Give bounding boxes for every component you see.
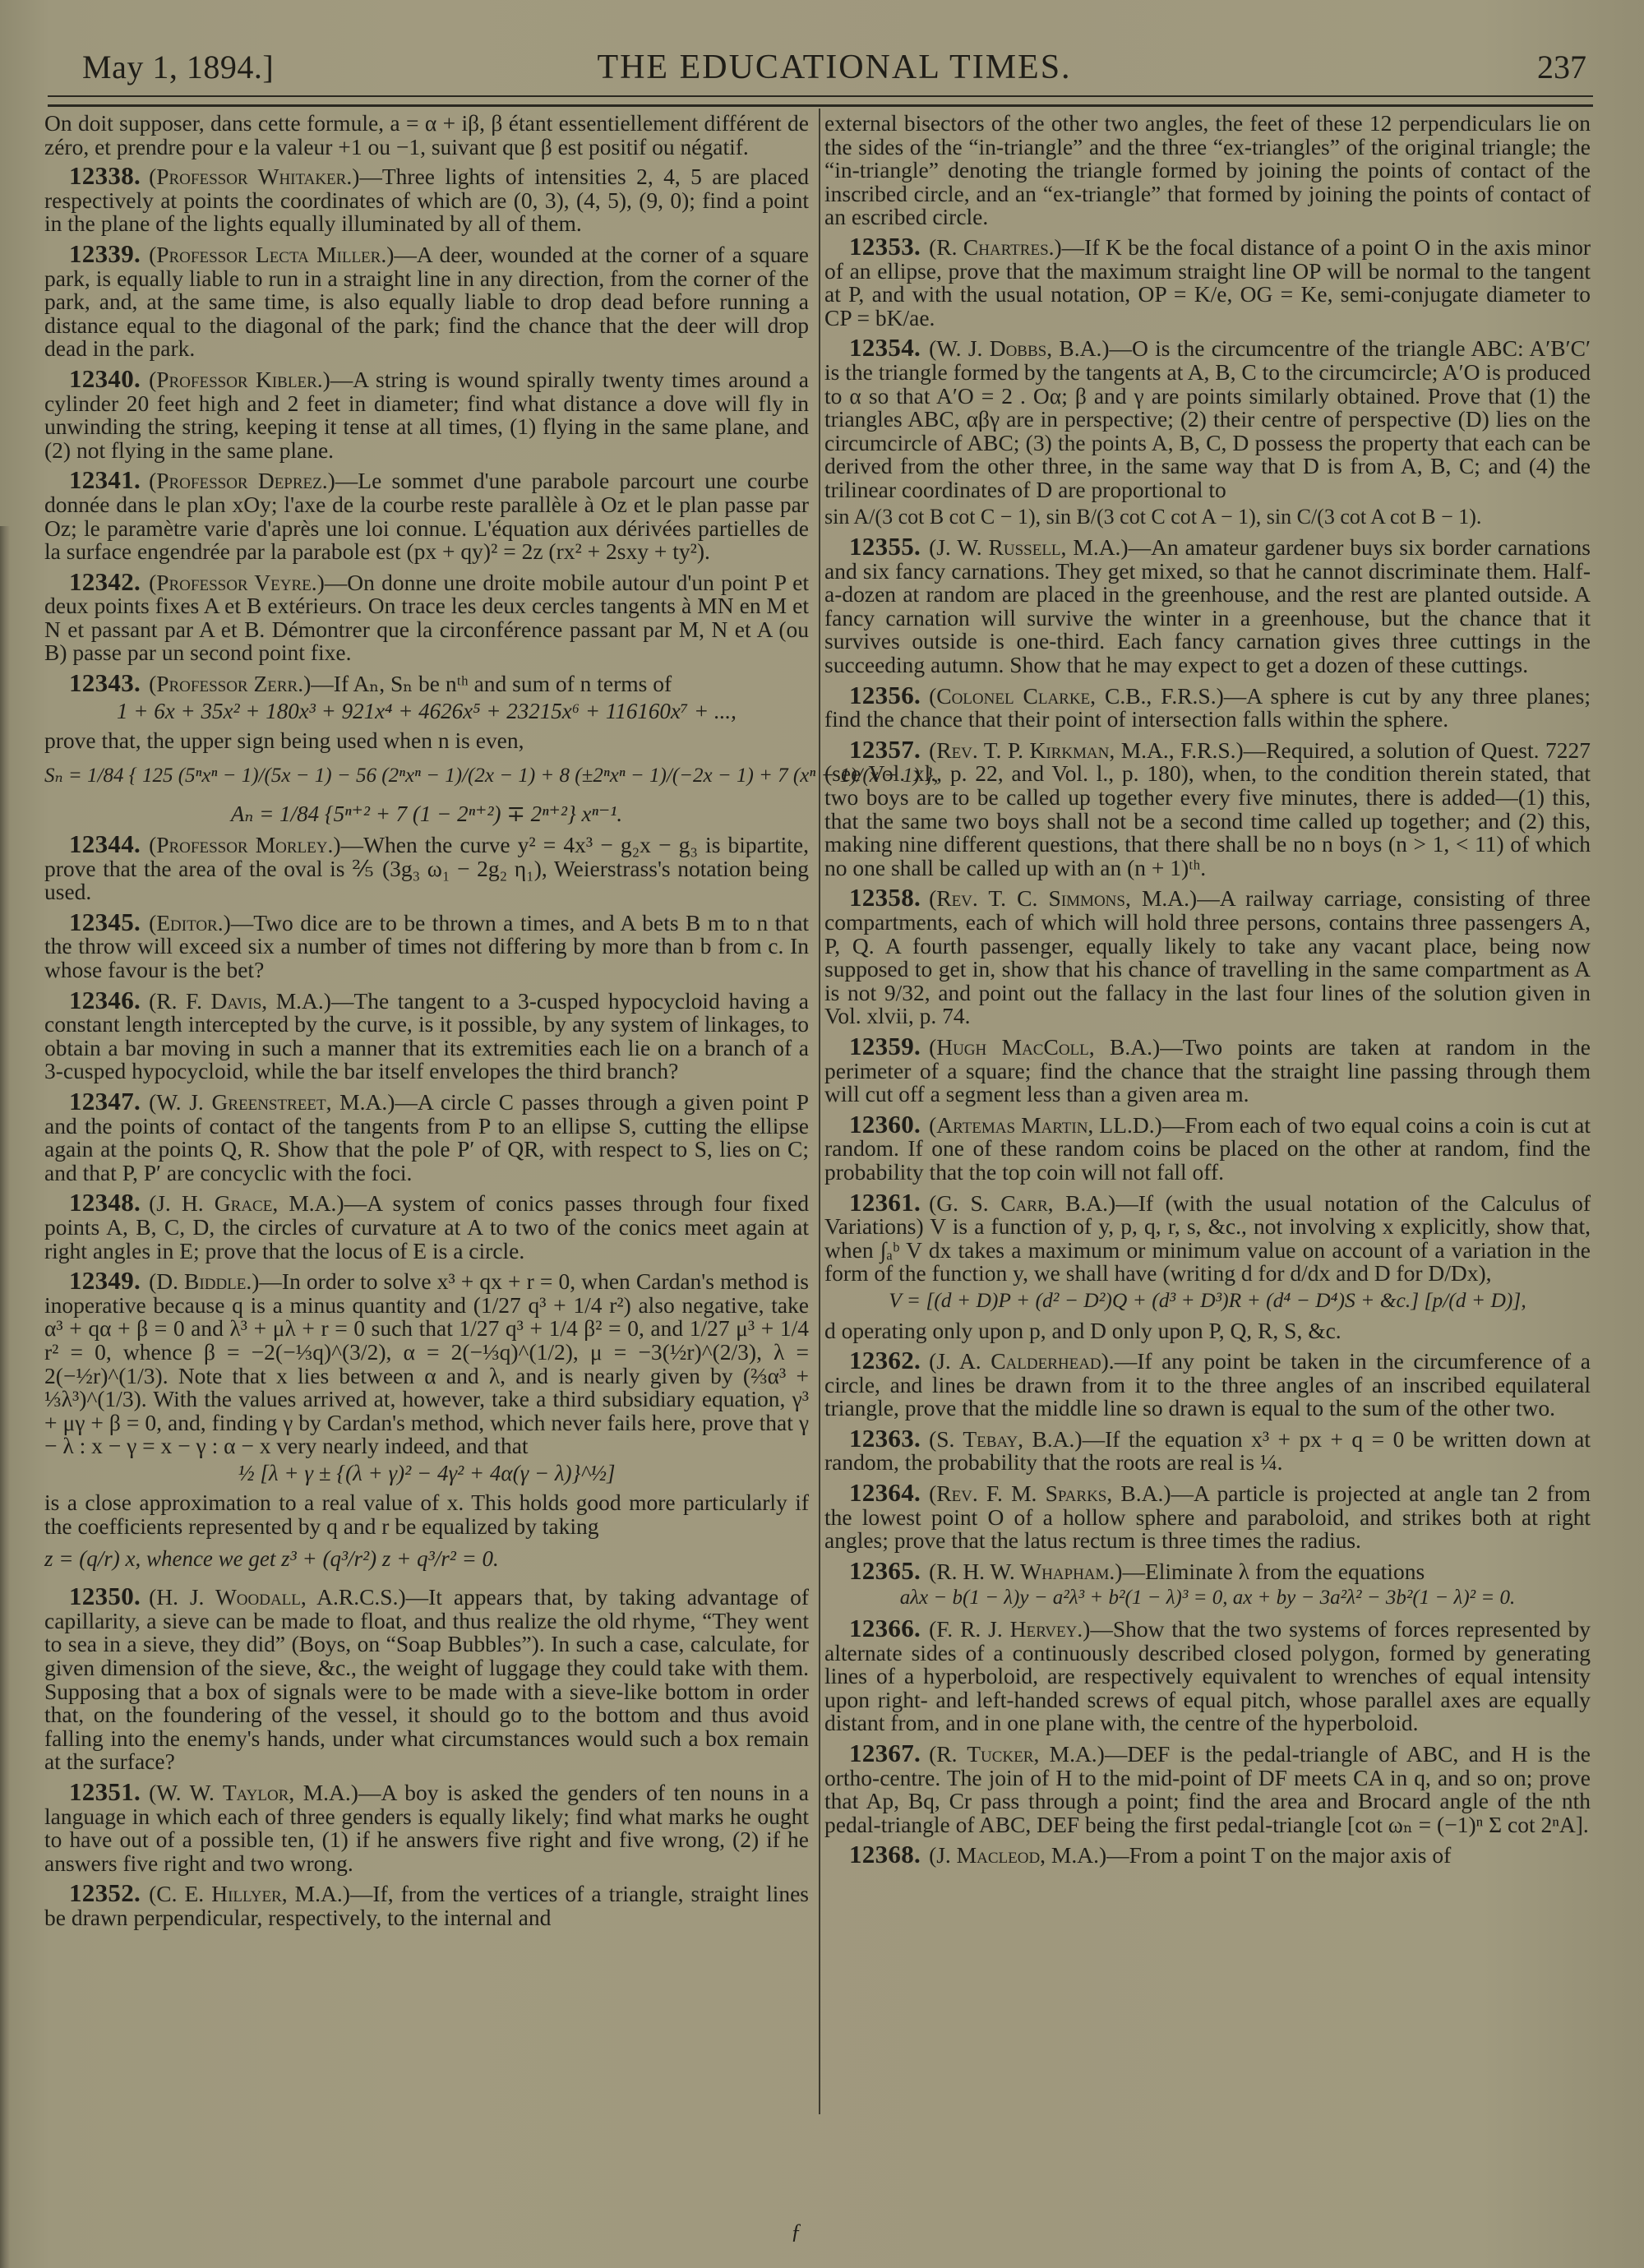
- problem-number: 12339.: [69, 239, 141, 268]
- problem-number: 12356.: [849, 681, 921, 709]
- problem-number: 12368.: [849, 1840, 921, 1868]
- elimination-equations: aλx − b(1 − λ)y − a²λ³ + b²(1 − λ)³ = 0,…: [824, 1587, 1591, 1610]
- left-column: On doit supposer, dans cette formule, a …: [44, 112, 809, 1937]
- problem-number: 12359.: [849, 1032, 921, 1060]
- problem-12361: 12361.(G. S. Carr, B.A.)—If (with the us…: [824, 1191, 1591, 1286]
- problem-author: (Rev. T. C. Simmons, M.A.): [929, 885, 1197, 911]
- trilinear-formula: sin A/(3 cot B cot C − 1), sin B/(3 cot …: [824, 506, 1591, 529]
- problem-author: (Colonel Clarke, C.B., F.R.S.): [929, 683, 1224, 709]
- book-spine-shadow: [0, 526, 10, 2268]
- problem-author: (S. Tebay, B.A.): [929, 1426, 1083, 1452]
- problem-number: 12351.: [69, 1777, 141, 1806]
- problem-12364: 12364.(Rev. F. M. Sparks, B.A.)—A partic…: [824, 1481, 1591, 1553]
- problem-number: 12338.: [69, 161, 141, 190]
- variation-formula: V = [(d + D)P + (d² − D²)Q + (d³ + D³)R …: [824, 1289, 1591, 1313]
- problem-author: (J. Macleod, M.A.): [929, 1842, 1106, 1868]
- continuation-paragraph: external bisectors of the other two angl…: [824, 112, 1591, 229]
- problem-number: 12344.: [69, 829, 141, 858]
- problem-number: 12349.: [69, 1266, 141, 1295]
- problem-number: 12353.: [849, 232, 921, 261]
- problem-12365: 12365.(R. H. W. Whapham.)—Eliminate λ fr…: [824, 1559, 1591, 1584]
- problem-number: 12358.: [849, 883, 921, 912]
- problem-12340: 12340.(Professor Kibler.)—A string is wo…: [44, 367, 809, 462]
- problem-number: 12364.: [849, 1478, 921, 1507]
- problem-author: (J. W. Russell, M.A.): [929, 534, 1129, 560]
- problem-12359: 12359.(Hugh MacColl, B.A.)—Two points ar…: [824, 1035, 1591, 1106]
- problem-author: (Rev. F. M. Sparks, B.A.): [929, 1480, 1171, 1506]
- problem-number: 12342.: [69, 567, 141, 596]
- problem-text: —In order to solve x³ + qx + r = 0, when…: [44, 1268, 809, 1458]
- problem-number: 12362.: [849, 1346, 921, 1374]
- problem-author: (W. J. Greenstreet, M.A.): [149, 1089, 395, 1115]
- problem-number: 12347.: [69, 1087, 141, 1116]
- problem-number: 12343.: [69, 668, 141, 697]
- column-divider: [819, 109, 820, 2114]
- problem-author: (Professor Zerr.): [149, 671, 311, 696]
- problem-author: (Professor Lecta Miller.): [149, 242, 394, 267]
- problem-number: 12354.: [849, 333, 921, 362]
- problem-author: (Professor Whitaker.): [149, 164, 359, 189]
- problem-author: (D. Biddle.): [149, 1268, 259, 1294]
- problem-author: (R. Tucker, M.A.): [929, 1741, 1105, 1767]
- problem-text: —If Aₙ, Sₙ be nᵗʰ and sum of n terms of: [311, 671, 672, 696]
- problem-author: (G. S. Carr, B.A.): [929, 1190, 1115, 1216]
- header-rule-thin: [48, 95, 1593, 97]
- problem-author: (Professor Morley.): [149, 832, 340, 857]
- right-column: external bisectors of the other two angl…: [824, 112, 1591, 1874]
- problem-12368: 12368.(J. Macleod, M.A.)—From a point T …: [824, 1843, 1591, 1868]
- problem-12360: 12360.(Artemas Martin, LL.D.)—From each …: [824, 1113, 1591, 1185]
- problem-12345: 12345.(Editor.)—Two dice are to be throw…: [44, 911, 809, 982]
- problem-12352: 12352.(C. E. Hillyer, M.A.)—If, from the…: [44, 1882, 809, 1929]
- page-header: May 1, 1894.] THE EDUCATIONAL TIMES. 237: [82, 48, 1586, 97]
- problem-author: (F. R. J. Hervey.): [929, 1616, 1090, 1642]
- problem-author: (R. F. Davis, M.A.): [149, 988, 331, 1014]
- problem-author: (Rev. T. P. Kirkman, M.A., F.R.S.): [929, 737, 1244, 763]
- problem-author: (Professor Deprez.): [149, 468, 335, 493]
- problem-number: 12367.: [849, 1739, 921, 1767]
- header-rule-thick: [48, 104, 1593, 107]
- problem-12358: 12358.(Rev. T. C. Simmons, M.A.)—A railw…: [824, 886, 1591, 1028]
- problem-12348: 12348.(J. H. Grace, M.A.)—A system of co…: [44, 1191, 809, 1263]
- nth-term-formula: Aₙ = 1/84 {5ⁿ⁺² + 7 (1 − 2ⁿ⁺²) ∓ 2ⁿ⁺²} x…: [44, 802, 809, 826]
- problem-12363: 12363.(S. Tebay, B.A.)—If the equation x…: [824, 1427, 1591, 1475]
- problem-number: 12357.: [849, 735, 921, 764]
- problem-12354: 12354.(W. J. Dobbs, B.A.)—O is the circu…: [824, 336, 1591, 501]
- problem-number: 12365.: [849, 1556, 921, 1585]
- problem-12346: 12346.(R. F. Davis, M.A.)—The tangent to…: [44, 989, 809, 1083]
- problem-text: —From a point T on the major axis of: [1106, 1842, 1451, 1868]
- problem-12357: 12357.(Rev. T. P. Kirkman, M.A., F.R.S.)…: [824, 738, 1591, 880]
- problem-number: 12348.: [69, 1188, 141, 1217]
- problem-text-continued: is a close approximation to a real value…: [44, 1491, 809, 1538]
- problem-author: (H. J. Woodall, A.R.C.S.): [149, 1584, 406, 1610]
- problem-text: —Eliminate λ from the equations: [1122, 1559, 1425, 1584]
- problem-author: (R. H. W. Whapham.): [929, 1559, 1122, 1584]
- problem-text-continued: prove that, the upper sign being used wh…: [44, 729, 809, 753]
- problem-12341: 12341.(Professor Deprez.)—Le sommet d'un…: [44, 469, 809, 563]
- problem-12366: 12366.(F. R. J. Hervey.)—Show that the t…: [824, 1617, 1591, 1735]
- problem-12356: 12356.(Colonel Clarke, C.B., F.R.S.)—A s…: [824, 684, 1591, 732]
- problem-author: (Professor Veyre.): [149, 570, 325, 595]
- problem-number: 12355.: [849, 532, 921, 561]
- problem-12362: 12362.(J. A. Calderhead).—If any point b…: [824, 1349, 1591, 1420]
- problem-12338: 12338.(Professor Whitaker.)—Three lights…: [44, 164, 809, 236]
- problem-number: 12360.: [849, 1110, 921, 1139]
- problem-number: 12341.: [69, 465, 141, 494]
- problem-12353: 12353.(R. Chartres.)—If K be the focal d…: [824, 235, 1591, 330]
- problem-12349: 12349.(D. Biddle.)—In order to solve x³ …: [44, 1269, 809, 1458]
- problem-author: (W. W. Taylor, M.A.): [149, 1780, 358, 1805]
- problem-author: (C. E. Hillyer, M.A.): [149, 1881, 350, 1906]
- problem-12350: 12350.(H. J. Woodall, A.R.C.S.)—It appea…: [44, 1585, 809, 1774]
- intro-paragraph: On doit supposer, dans cette formule, a …: [44, 112, 809, 159]
- journal-title: THE EDUCATIONAL TIMES.: [82, 48, 1586, 87]
- problem-author: (W. J. Dobbs, B.A.): [929, 335, 1109, 361]
- problem-author: (Artemas Martin, LL.D.): [929, 1112, 1162, 1138]
- problem-text: —It appears that, by taking advantage of…: [44, 1584, 809, 1774]
- problem-12367: 12367.(R. Tucker, M.A.)—DEF is the pedal…: [824, 1742, 1591, 1836]
- page-number: 237: [1537, 48, 1586, 86]
- problem-12342: 12342.(Professor Veyre.)—On donne une dr…: [44, 570, 809, 665]
- problem-author: (Hugh MacColl, B.A.): [929, 1034, 1160, 1060]
- problem-12351: 12351.(W. W. Taylor, M.A.)—A boy is aske…: [44, 1781, 809, 1875]
- approximation-formula: ½ [λ + γ ± {(λ + γ)² − 4γ² + 4α(γ − λ)}^…: [44, 1462, 809, 1485]
- signature-mark: ƒ: [791, 2219, 801, 2244]
- problem-author: (Professor Kibler.): [149, 367, 330, 392]
- problem-12355: 12355.(J. W. Russell, M.A.)—An amateur g…: [824, 535, 1591, 677]
- problem-number: 12361.: [849, 1188, 921, 1217]
- problem-number: 12340.: [69, 364, 141, 393]
- problem-12339: 12339.(Professor Lecta Miller.)—A deer, …: [44, 243, 809, 361]
- problem-number: 12345.: [69, 908, 141, 936]
- problem-number: 12366.: [849, 1614, 921, 1642]
- sum-formula: Sₙ = 1/84 { 125 (5ⁿxⁿ − 1)/(5x − 1) − 56…: [44, 764, 809, 788]
- problem-12344: 12344.(Professor Morley.)—When the curve…: [44, 833, 809, 904]
- problem-author: (R. Chartres.): [929, 234, 1062, 260]
- problem-author: (J. A. Calderhead).: [929, 1348, 1115, 1374]
- problem-number: 12363.: [849, 1424, 921, 1453]
- substitution-formula: z = (q/r) x, whence we get z³ + (q³/r²) …: [44, 1547, 809, 1571]
- series-formula: 1 + 6x + 35x² + 180x³ + 921x⁴ + 4626x⁵ +…: [44, 700, 809, 723]
- problem-12347: 12347.(W. J. Greenstreet, M.A.)—A circle…: [44, 1090, 809, 1185]
- problem-author: (Editor.): [149, 910, 231, 935]
- problem-author: (J. H. Grace, M.A.): [149, 1190, 344, 1216]
- problem-text-continued: d operating only upon p, and D only upon…: [824, 1319, 1591, 1343]
- problem-number: 12350.: [69, 1582, 141, 1610]
- problem-number: 12352.: [69, 1878, 141, 1907]
- problem-number: 12346.: [69, 986, 141, 1014]
- problem-text: —O is the circumcentre of the triangle A…: [824, 335, 1591, 502]
- problem-12343: 12343.(Professor Zerr.)—If Aₙ, Sₙ be nᵗʰ…: [44, 672, 809, 696]
